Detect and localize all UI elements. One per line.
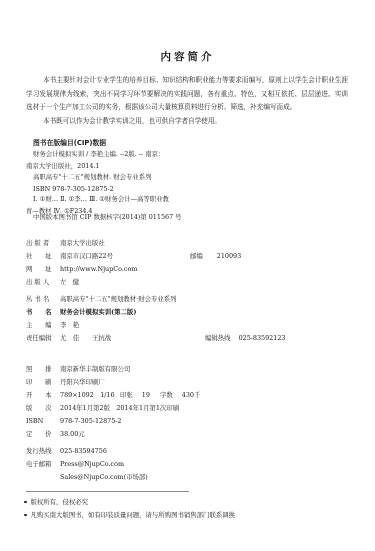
cip-line: 中国版本图书馆 CIP 数据核字(2014)第 011567 号: [26, 212, 206, 224]
bullet-icon: [24, 514, 27, 517]
sheets-label: 印张: [120, 391, 133, 399]
format-row: 开 本789×1092 1/16: [26, 389, 115, 401]
row-value: 南京新华丰制版有限公司: [60, 363, 130, 375]
bullet-icon: [24, 501, 27, 504]
hotline-label: 编辑热线: [205, 334, 231, 342]
cip-line: 高职高专"十二五"规划教材. 财会专业系列: [26, 172, 206, 184]
isbn-row: ISBN978-7-305-12875-2: [26, 415, 122, 427]
row-label: 发行热线: [26, 445, 60, 457]
words-label: 字数: [160, 391, 173, 399]
row-value: 南京市汉口路22号: [60, 250, 113, 262]
email-link[interactable]: Press@NjupCo.com: [60, 458, 124, 470]
typesetting-row: 照 排南京新华丰制版有限公司: [26, 363, 130, 375]
divider: [26, 491, 189, 492]
row-value: 2014年1月第2版 2014年1月第1次印刷: [60, 402, 179, 414]
website-row: 网 址http://www.NjupCo.com: [26, 263, 137, 275]
email-row-2: Sales@NjupCo.com(市场部): [60, 471, 148, 483]
row-label: 主 编: [26, 319, 60, 331]
row-value: 高职高专"十二五"规划教材·财会专业系列: [60, 293, 177, 305]
email-link[interactable]: Sales@NjupCo.com(市场部): [60, 471, 148, 483]
summary-title: 内容简介: [0, 49, 375, 64]
row-value: 38.00元: [60, 428, 85, 440]
cip-line: 南京大学出版社，2014.1: [26, 161, 206, 173]
summary-paragraph-2: 本书既可以作为会计教学实训之用，也可供自学者自学使用。: [26, 115, 348, 129]
book-title: 财务会计模拟实训(第二版): [60, 306, 136, 318]
row-label: 版 次: [26, 402, 60, 414]
sales-hotline-row: 发行热线025-83594756: [26, 445, 107, 457]
editor-hotline: 编辑热线025-83592123: [205, 332, 285, 344]
editor-row: 主 编李 艳: [26, 319, 79, 331]
sheets-info: 印张19: [120, 389, 150, 401]
row-value: 南京大学出版社: [60, 237, 105, 249]
cip-line: Ⅰ. ①财… Ⅱ. ①李… Ⅲ. ①财务会计—高等职业教: [26, 194, 206, 206]
row-label: 出 版 者: [26, 237, 60, 249]
row-label: 出 版 人: [26, 276, 60, 288]
printer-row: 印 刷丹阳兴华印刷厂: [26, 376, 105, 388]
row-label: ISBN: [26, 415, 60, 427]
row-value: 左 健: [60, 276, 79, 288]
postcode: 邮编210093: [190, 250, 241, 262]
cip-heading: 图书在版编目(CIP)数据: [33, 137, 106, 147]
cip-line: 财务会计模拟实训 / 李艳主编. --2版. -- 南京：: [26, 149, 206, 161]
summary-paragraph-1: 本书主要针对会计专业学生的培养目标、知识结构和职业能力等要求而编写，原则上以学生…: [26, 74, 348, 115]
row-value: 789×1092 1/16: [60, 389, 115, 401]
row-label: 书 名: [26, 306, 60, 318]
row-label: 印 刷: [26, 376, 60, 388]
notice-item: 凡购买南大版图书，如有印装质量问题，请与所购图书销售部门联系调换: [24, 509, 235, 521]
responsible-editor-row: 责任编辑尤 佳 王抗战: [26, 332, 111, 344]
hotline-value: 025-83592123: [239, 334, 286, 342]
row-label: 照 排: [26, 363, 60, 375]
row-label: 电子邮箱: [26, 458, 60, 470]
price-row: 定 价38.00元: [26, 428, 85, 440]
words-info: 字数430千: [160, 389, 200, 401]
postcode-value: 210093: [217, 252, 241, 260]
words-value: 430千: [182, 391, 201, 399]
row-value: 025-83594756: [60, 445, 107, 457]
cip-number: 中国版本图书馆 CIP 数据核字(2014)第 011567 号: [26, 212, 206, 224]
row-value: 丹阳兴华印刷厂: [60, 376, 105, 388]
postcode-label: 邮编: [190, 252, 203, 260]
series-row: 丛 书 名高职高专"十二五"规划教材·财会专业系列: [26, 293, 177, 305]
row-value: 李 艳: [60, 319, 79, 331]
cip-record: 财务会计模拟实训 / 李艳主编. --2版. -- 南京： 南京大学出版社，20…: [26, 149, 206, 195]
row-value: 尤 佳 王抗战: [60, 332, 111, 344]
sheets-value: 19: [142, 391, 150, 399]
email-row: 电子邮箱Press@NjupCo.com: [26, 458, 124, 470]
row-label: 丛 书 名: [26, 293, 60, 305]
edition-row: 版 次2014年1月第2版 2014年1月第1次印刷: [26, 402, 179, 414]
row-label: 开 本: [26, 389, 60, 401]
row-value: 978-7-305-12875-2: [60, 415, 122, 427]
address-row: 社 址南京市汉口路22号: [26, 250, 113, 262]
row-label: 社 址: [26, 250, 60, 262]
notice-item: 版权所有，侵权必究: [24, 496, 88, 508]
publisher-row: 出 版 者南京大学出版社: [26, 237, 105, 249]
row-label: 责任编辑: [26, 332, 60, 344]
publisher-person-row: 出 版 人左 健: [26, 276, 79, 288]
notice-text: 版权所有，侵权必究: [31, 498, 89, 506]
row-label: 网 址: [26, 263, 60, 275]
book-title-row: 书 名财务会计模拟实训(第二版): [26, 306, 136, 318]
notice-text: 凡购买南大版图书，如有印装质量问题，请与所购图书销售部门联系调换: [31, 511, 236, 519]
row-label: 定 价: [26, 428, 60, 440]
website-link[interactable]: http://www.NjupCo.com: [60, 263, 137, 275]
